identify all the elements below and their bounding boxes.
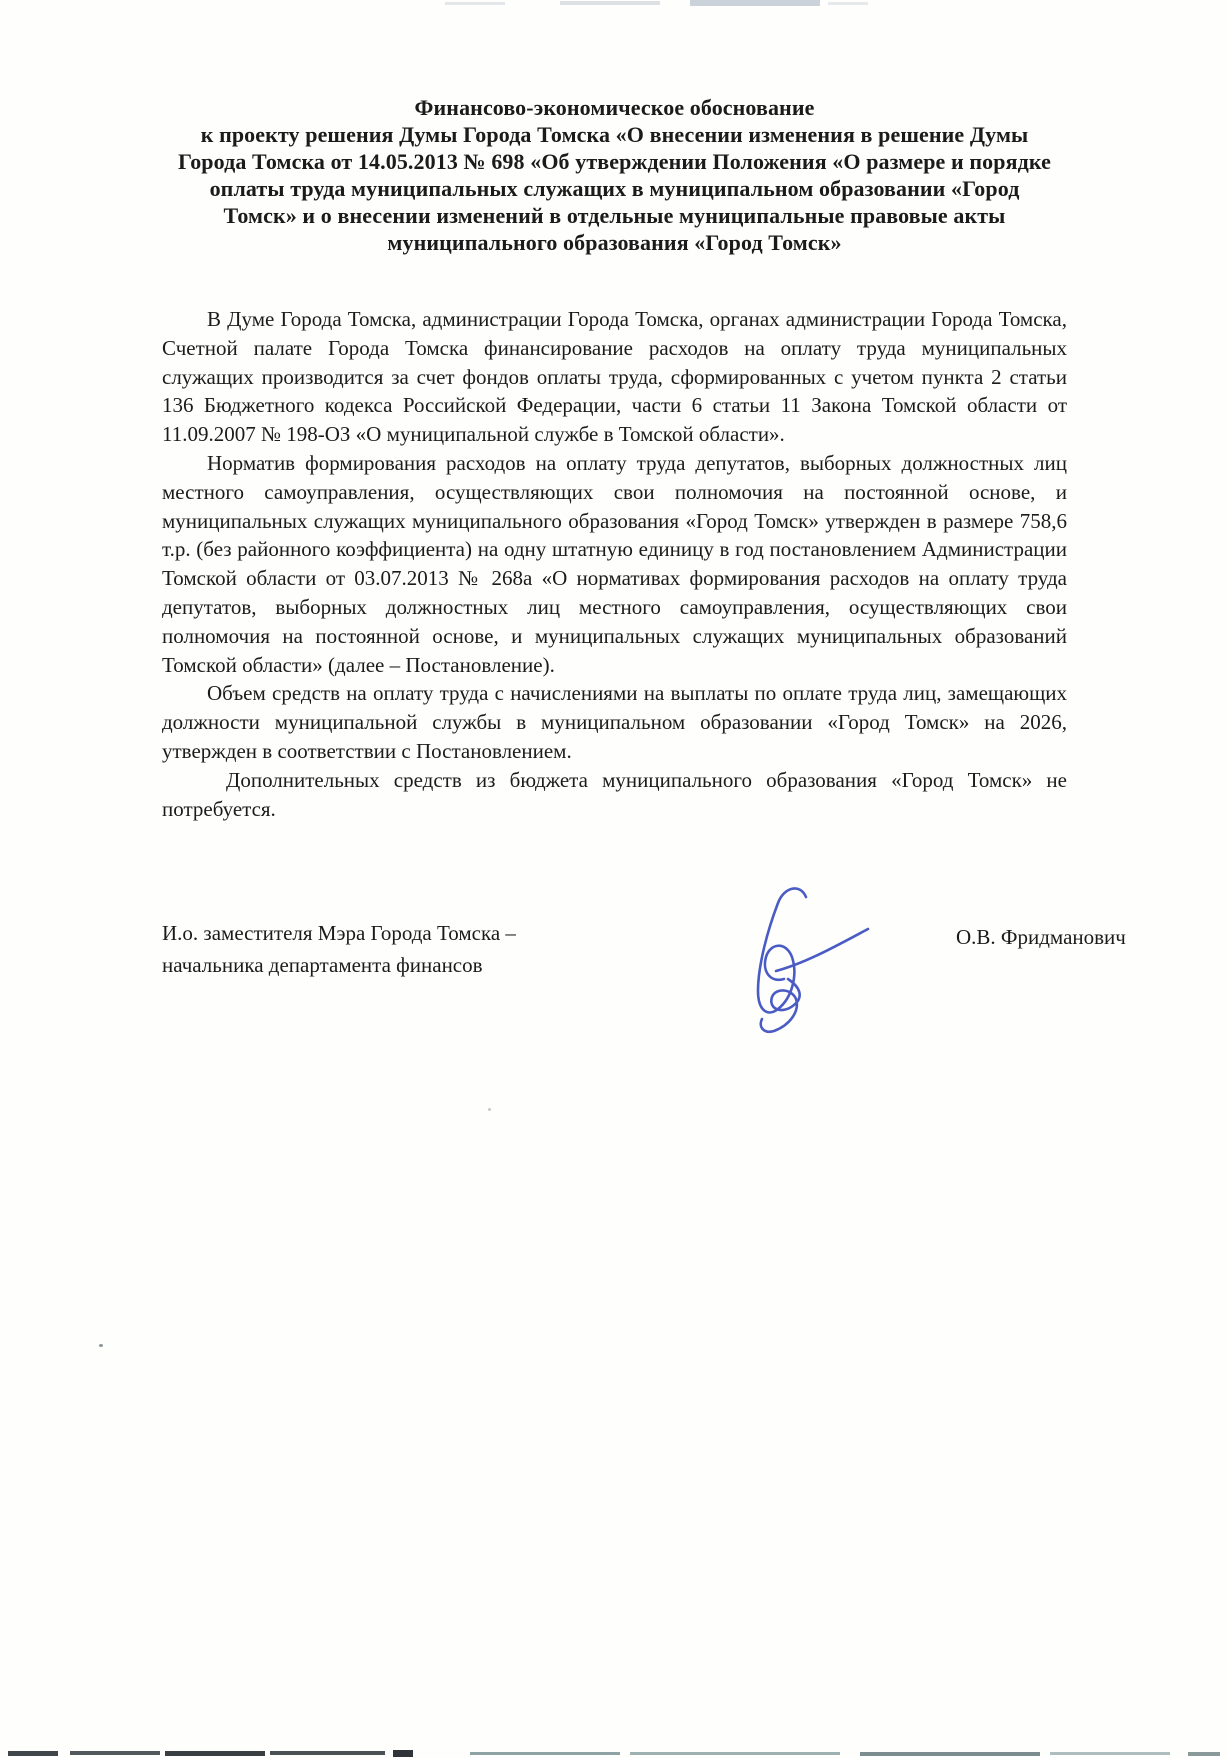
document-title: Финансово-экономическое обоснование к пр… [162, 94, 1067, 256]
paragraph-normative: Норматив формирования расходов на оплату… [162, 449, 1067, 679]
signatory-role: И.о. заместителя Мэра Города Томска – на… [162, 917, 516, 981]
signature-block: И.о. заместителя Мэра Города Томска – на… [162, 917, 1067, 1077]
title-line: Города Томска от 14.05.2013 № 698 «Об ут… [162, 148, 1067, 175]
scan-speck [488, 1108, 491, 1111]
paragraph-no-extra-funds: Дополнительных средств из бюджета муници… [162, 766, 1067, 824]
scan-artifact-bottom [0, 1746, 1227, 1758]
title-line: Финансово-экономическое обоснование [162, 94, 1067, 121]
document-body: В Думе Города Томска, администрации Горо… [162, 305, 1067, 823]
document-content: Финансово-экономическое обоснование к пр… [0, 0, 1227, 1077]
title-line: оплаты труда муниципальных служащих в му… [162, 175, 1067, 202]
title-line: к проекту решения Думы Города Томска «О … [162, 121, 1067, 148]
document-page: Финансово-экономическое обоснование к пр… [0, 0, 1227, 1758]
paragraph-volume-2026: Объем средств на оплату труда с начислен… [162, 679, 1067, 765]
signatory-role-line1: И.о. заместителя Мэра Города Томска – [162, 917, 516, 949]
handwritten-signature [714, 879, 879, 1037]
paragraph-funding-basis: В Думе Города Томска, администрации Горо… [162, 305, 1067, 449]
scan-speck [99, 1344, 103, 1347]
title-line: Томск» и о внесении изменений в отдельны… [162, 202, 1067, 229]
title-line: муниципального образования «Город Томск» [162, 229, 1067, 256]
signatory-name: О.В. Фридманович [956, 925, 1126, 950]
signatory-role-line2: начальника департамента финансов [162, 949, 516, 981]
